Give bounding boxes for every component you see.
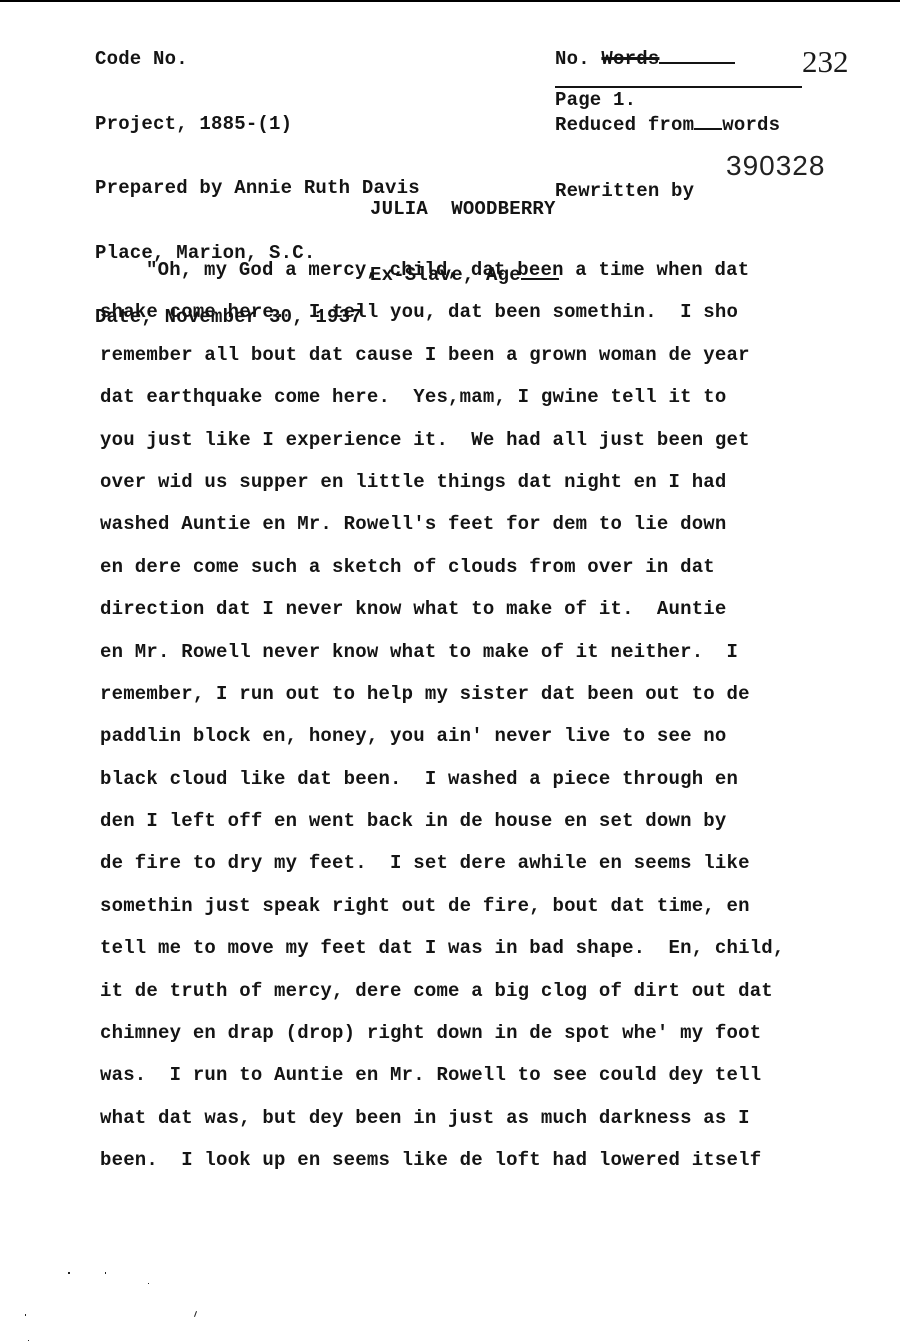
text-line: direction dat I never know what to make … (100, 596, 880, 638)
text-line: what dat was, but dey been in just as mu… (100, 1105, 880, 1147)
text-line: it de truth of mercy, dere come a big cl… (100, 978, 880, 1020)
rewritten-by-rule (555, 86, 802, 88)
text-line: remember, I run out to help my sister da… (100, 681, 880, 723)
words-label: words (722, 114, 780, 136)
struck-words-label: Words (601, 48, 659, 70)
text-line: been. I look up en seems like de loft ha… (100, 1147, 880, 1189)
scan-speck (28, 1340, 29, 1341)
header-word-count: No. Words Reduced fromwords Rewritten by (555, 4, 780, 246)
text-line: en Mr. Rowell never know what to make of… (100, 639, 880, 681)
code-no: Code No. (95, 49, 420, 71)
text-line: you just like I experience it. We had al… (100, 427, 880, 469)
narrator-name: JULIA WOODBERRY (370, 198, 559, 220)
text-line: paddlin block en, honey, you ain' never … (100, 723, 880, 765)
rewritten-by: Rewritten by (555, 180, 780, 202)
scan-speck (25, 1314, 26, 1316)
text-line: tell me to move my feet dat I was in bad… (100, 935, 880, 977)
page-number: Page 1. (555, 89, 636, 111)
text-line: en dere come such a sketch of clouds fro… (100, 554, 880, 596)
reduced-from-line: Reduced fromwords (555, 114, 780, 136)
text-line: de fire to dry my feet. I set dere awhil… (100, 850, 880, 892)
scan-top-edge (0, 0, 900, 2)
text-line: "Oh, my God a mercy, child, dat been a t… (100, 257, 880, 299)
archive-number: 390328 (726, 150, 825, 182)
text-line: chimney en drap (drop) right down in de … (100, 1020, 880, 1062)
text-line: den I left off en went back in de house … (100, 808, 880, 850)
scan-speck (105, 1272, 106, 1274)
text-line: was. I run to Auntie en Mr. Rowell to se… (100, 1062, 880, 1104)
text-line: washed Auntie en Mr. Rowell's feet for d… (100, 511, 880, 553)
scan-speck (148, 1283, 149, 1284)
text-line: dat earthquake come here. Yes,mam, I gwi… (100, 384, 880, 426)
reduced-from-label: Reduced from (555, 114, 694, 136)
project: Project, 1885-(1) (95, 114, 420, 136)
reduced-blank (694, 114, 722, 130)
text-line: somethin just speak right out de fire, b… (100, 893, 880, 935)
document-page: Code No. Project, 1885-(1) Prepared by A… (0, 0, 900, 1343)
text-line: shake come here. I tell you, dat been so… (100, 299, 880, 341)
no-label: No. (555, 48, 601, 70)
text-line: black cloud like dat been. I washed a pi… (100, 766, 880, 808)
words-blank (659, 48, 735, 64)
text-line: over wid us supper en little things dat … (100, 469, 880, 511)
narrative-body: "Oh, my God a mercy, child, dat been a t… (100, 257, 880, 1190)
scan-speck (194, 1311, 197, 1317)
stamped-page-number: 232 (802, 44, 849, 80)
no-words-line: No. Words (555, 48, 780, 70)
scan-speck (68, 1272, 70, 1274)
text-line: remember all bout dat cause I been a gro… (100, 342, 880, 384)
